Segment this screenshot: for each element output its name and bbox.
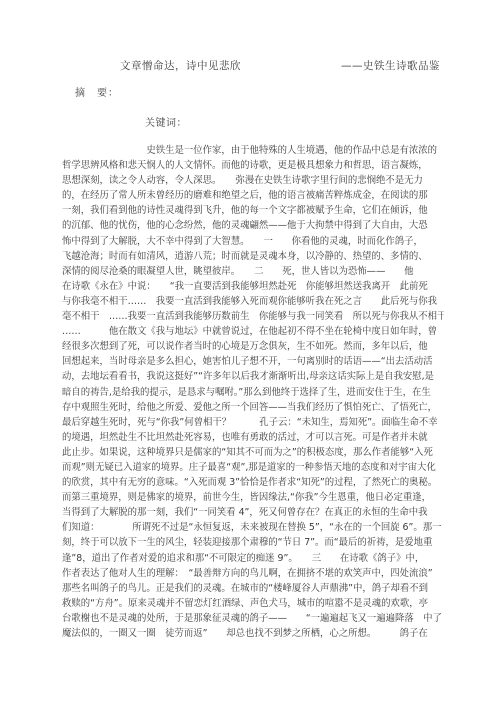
body-line: 在诗歌《永在》中说： “我一直要活到我能够坦然赴死 你能够坦然送我离开 此前死 xyxy=(62,279,444,294)
body-line: 一刻，我们看到他的诗性灵魂得到飞升，他的每一个文字都被赋予生命，它们在倾诉，他 xyxy=(62,203,444,218)
body-line: 那些名叫鸽子的鸟儿。正是我们的灵魂。在城市的“楼峰厦谷人声鼎沸”中，鸽子却看不到 xyxy=(62,581,444,596)
body-line: 而观”则无疑已入道家的境界。庄子最喜“观”,那是道家的一种参悟天地的态度和对宇宙… xyxy=(62,460,444,475)
body-line: 而第三重境界，则是佛家的境界，前世今生，皆因缘法,“你我”今生恩重，他日必定重逢… xyxy=(62,490,444,505)
body-line: 思想深刻，读之令人动容，令人深思。 弥漫在史铁生诗歌字里行间的悲悯绝不是无力 xyxy=(62,173,444,188)
document-page: 文章憎命达，诗中见悲欣 ——史铁生诗歌品鉴 摘 要： 关键词： 史铁生是一位作家… xyxy=(0,0,500,708)
body-line: 史铁生是一位作家，由于他特殊的人生境遇，他的作品中总是有浓浓的 xyxy=(62,143,444,158)
body-line: 动，去地坛看看书，我说这挺好”“许多年以后我才渐渐听出,母亲这话实际上是自我安慰… xyxy=(62,369,444,384)
body-line: 经很多次想到了死，可以说作者当时的心境是万念俱灰，生不如死。然而，多年以后，他 xyxy=(62,339,444,354)
body-line: 的境遇，坦然赴生不比坦然赴死容易，也唯有勇敢的活过，才可以言死。可是作者并未就 xyxy=(62,430,444,445)
body-line: 逢”8，道出了作者对爱的追求和那“不可限定的痴迷 9”。 三 在诗歌《鸽子》中， xyxy=(62,551,444,566)
body-line: 哲学思辨风格和悲天悯人的人文情怀。而他的诗歌，更是极具想象力和哲思，语言凝炼， xyxy=(62,158,444,173)
title-main: 文章憎命达，诗中见悲欣 xyxy=(120,58,241,73)
body-line: 回想起来，当时母亲是多么担心，她害怕儿子想不开，一句离别时的话语——“出去活动活 xyxy=(62,354,444,369)
body-line: 深情的阅尽沧桑的眼凝望人世，眺望彼岸。 二 死，世人皆以为恐怖—— 他 xyxy=(62,264,444,279)
body-line: 刻，终于可以放下一生的风尘，轻装迎接那个肃穆的“节日 7”。而“最后的祈祷，是爱… xyxy=(62,535,444,550)
body-line: 魔法似的，一圈又一圈 徒劳而返” 却总也找不到梦之所栖，心之所想。 鸽子在 xyxy=(62,626,444,641)
body-line: 的，在经历了常人所未曾经历的磨难和绝望之后，他的语言被痛苦粹炼成金，在阅读的那 xyxy=(62,188,444,203)
body-text: 史铁生是一位作家，由于他特殊的人生境遇，他的作品中总是有浓浓的哲学思辨风格和悲天… xyxy=(62,143,444,641)
body-line: 的欣赏，其中有无穷的意味。“入死而观 3”恰恰是作者求“知死”的过程，了然死亡的… xyxy=(62,475,444,490)
body-line: 与你我毫不相干…… 我要一直活到我能够入死而观你能够听我在死之言 此后死与你我 xyxy=(62,294,444,309)
body-line: 救赎的“方舟”。原来灵魂并不留恋灯红酒绿、声色犬马，城市的喧嚣不是灵魂的欢歌，亭 xyxy=(62,596,444,611)
title-subtitle: ——史铁生诗歌品鉴 xyxy=(341,58,440,73)
body-line: 暗自的祷告,是给我的提示，是恳求与嘱咐。”那么到他终于选择了生，进而安住于生，在… xyxy=(62,385,444,400)
body-line: 此止步。如果说，这种境界只是儒家的“知其不可而为之”的积极态度，那么作者能够“入… xyxy=(62,445,444,460)
abstract-label: 摘 要： xyxy=(75,84,119,99)
body-line: 最后穿越生死时，死与“你我”何曾相干？ 孔子云：“未知生，焉知死”。面临生命不幸 xyxy=(62,415,444,430)
document-title: 文章憎命达，诗中见悲欣 ——史铁生诗歌品鉴 xyxy=(120,58,440,73)
body-line: 毫不相干 ……我要一直活到我能够历数前生 你能够与我一同笑看 所以死与你我从不相… xyxy=(62,309,444,324)
body-line: 飞越沧海；时而有如清风，逍游八荒；时而就是灵魂本身，以冷静的、热望的、多情的、 xyxy=(62,249,444,264)
body-line: 们知道： 所谓死不过是“永恒复返，未来被现在替换 5”，“永在的一个回旋 6”。… xyxy=(62,520,444,535)
body-line: …… 他在散文《我与地坛》中就曾说过，在他起初不得不坐在轮椅中度日如年时，曾 xyxy=(62,324,444,339)
body-line: 作者表达了他对人生的理解： “最善辩方向的鸟儿啊，在拥挤不堪的欢笑声中，四处流浪… xyxy=(62,566,444,581)
body-line: 怖中得到了大解脱，大不幸中得到了大智慧。 一 你看他的灵魂，时而化作鸽子， xyxy=(62,234,444,249)
keywords-label: 关键词： xyxy=(145,114,187,129)
body-line: 台歌榭也不是灵魂的处所，于是那象征灵魂的鸽子—— “一遍遍起飞又一遍遍降落 中了 xyxy=(62,611,444,626)
body-line: 当得到了大解脱的那一刻，我们“一同笑看 4”，死又何曾存在？在真正的永恒的生命中… xyxy=(62,505,444,520)
body-line: 的沉郁、他的忧伤，他的心念纷然，他的灵魂翩然——他于大拘禁中得到了大自由，大恐 xyxy=(62,218,444,233)
body-line: 存中观照生死时，给他之所爱、爱他之所一个回答——当我们经历了惧怕死亡、了悟死亡， xyxy=(62,400,444,415)
